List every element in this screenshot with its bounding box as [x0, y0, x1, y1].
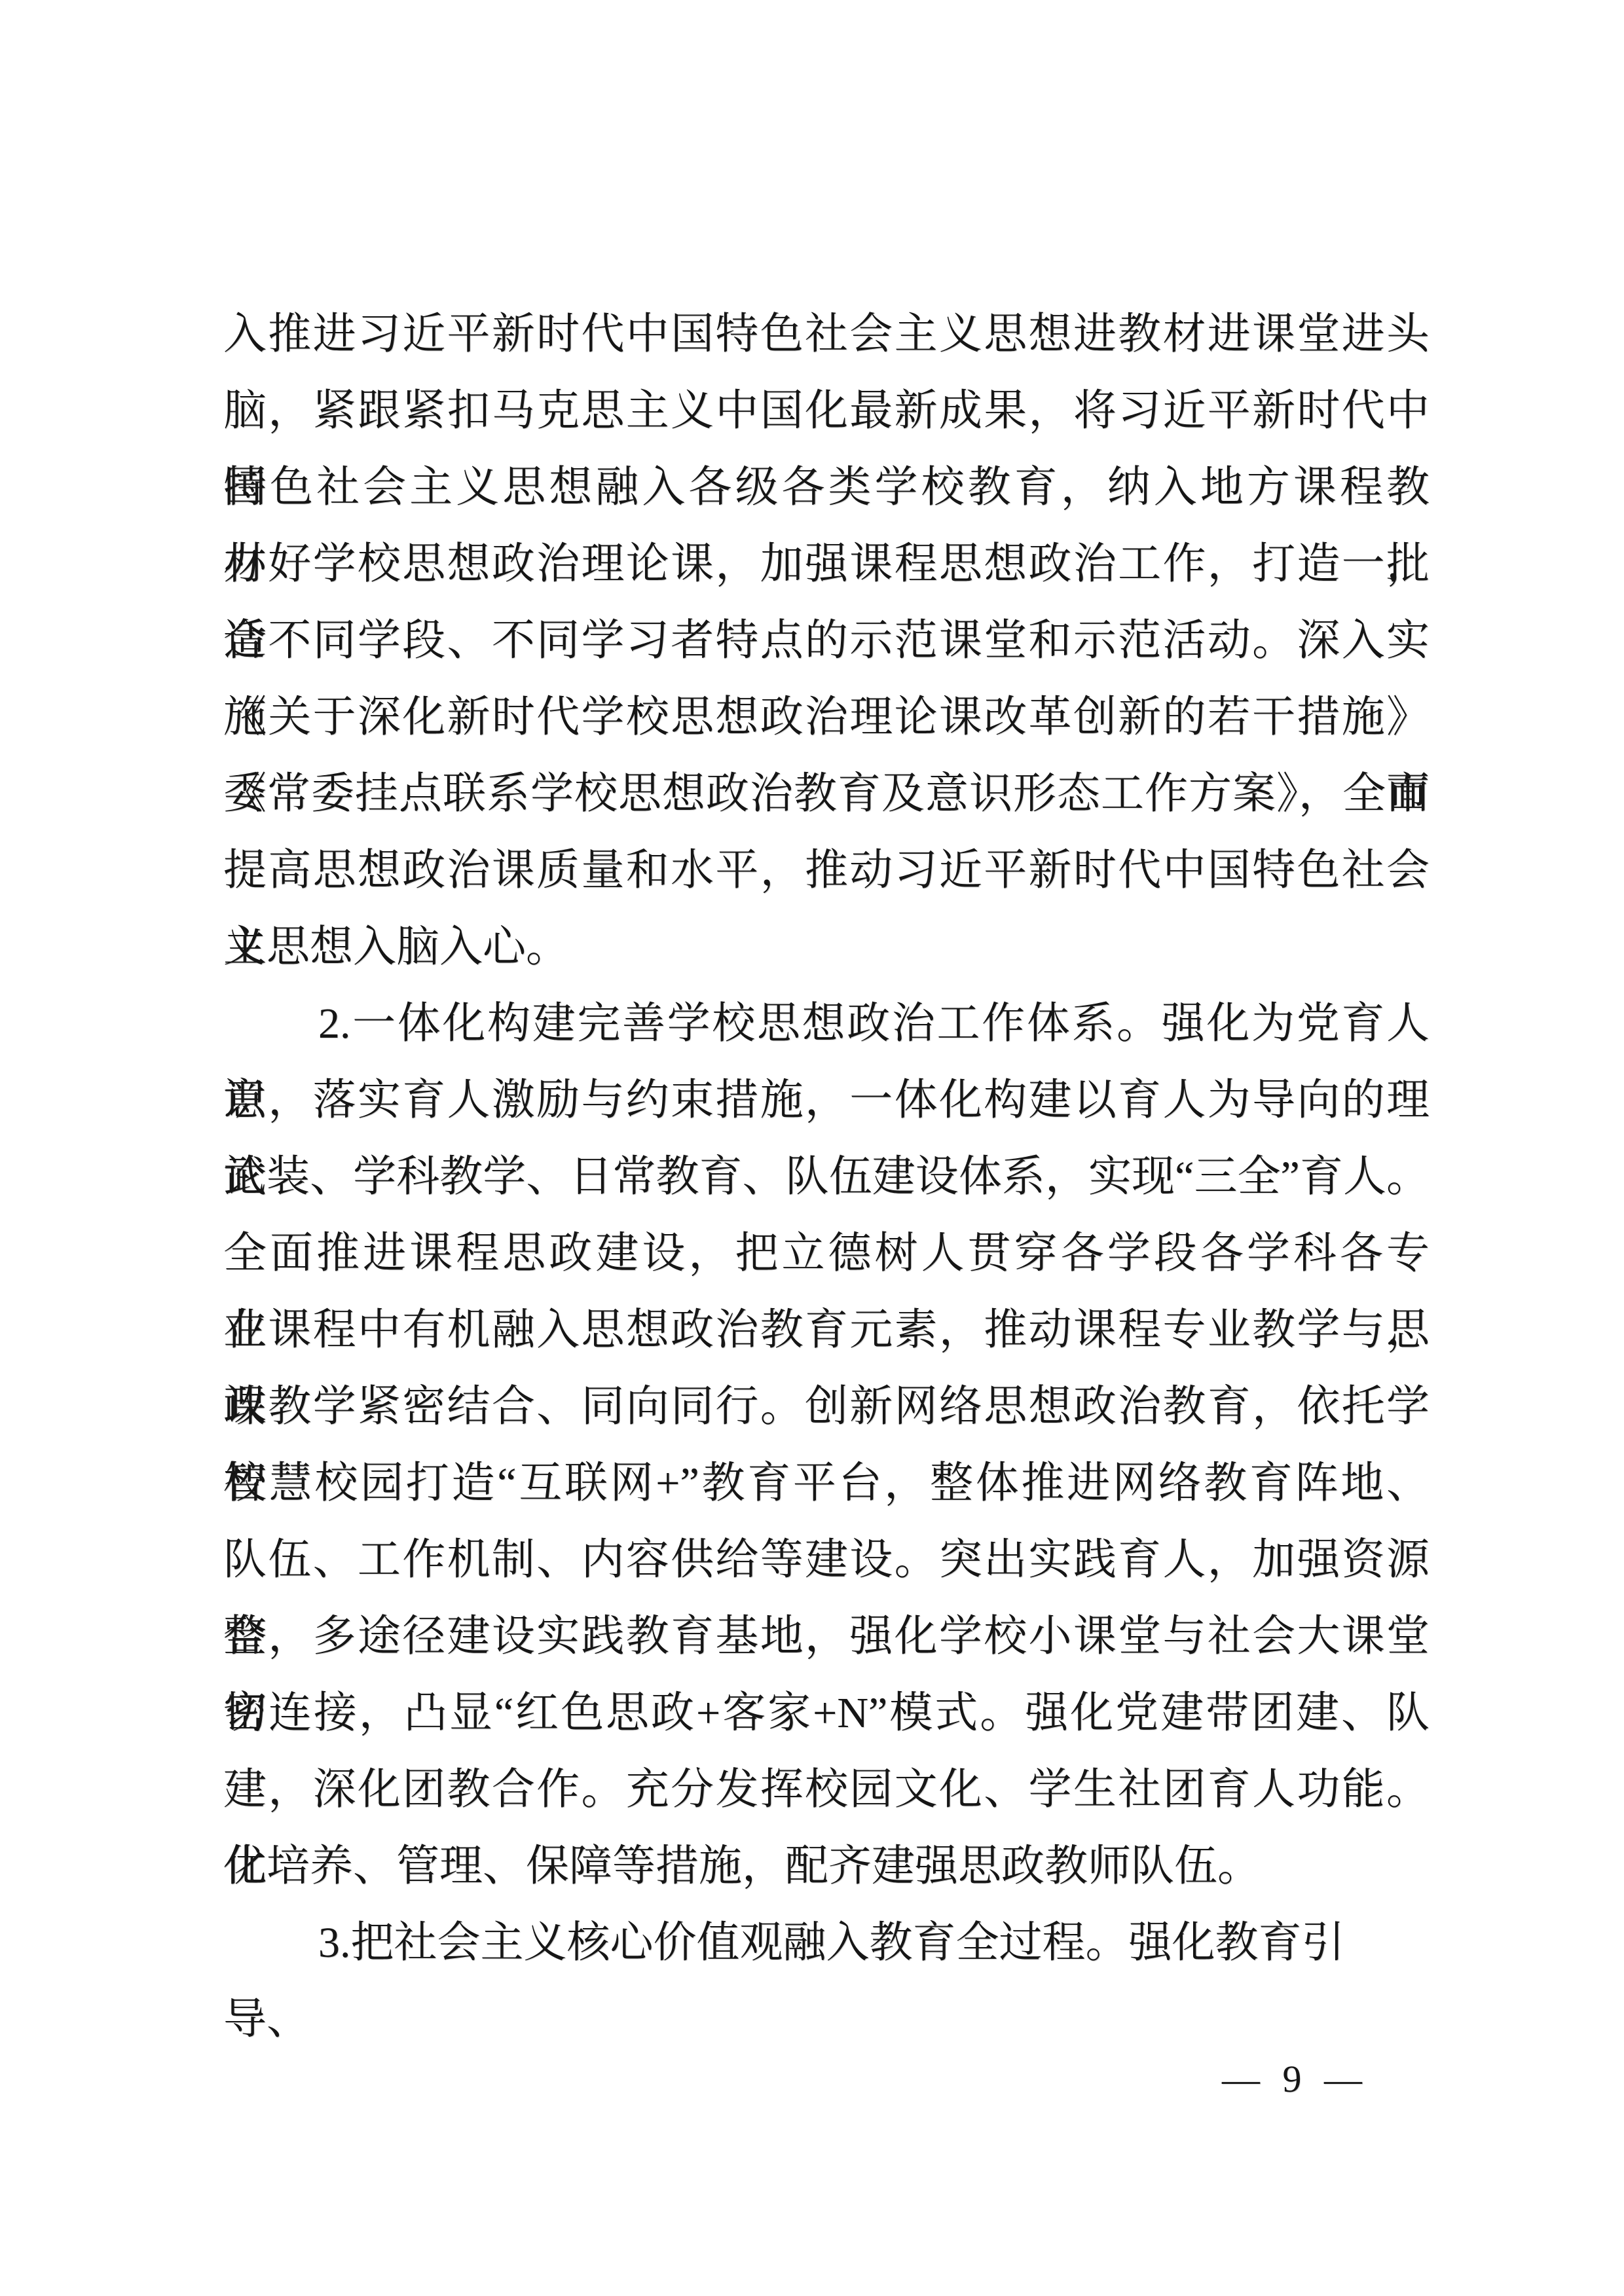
text-line: 合，多途径建设实践教育基地，强化学校小课堂与社会大课堂密	[223, 1598, 1430, 1675]
text-line-item-3-start: 3.把社会主义核心价值观融入教育全过程。强化教育引导、	[223, 1904, 1430, 1981]
text-line: 脑，紧跟紧扣马克思主义中国化最新成果，将习近平新时代中国	[223, 373, 1430, 449]
text-line-paragraph-end: 义思想入脑入心。	[223, 909, 1430, 985]
text-line: 识，落实育人激励与约束措施，一体化构建以育人为导向的理论	[223, 1062, 1430, 1139]
text-line: 武装、学科教学、日常教育、队伍建设体系，实现“三全”育人。	[223, 1139, 1430, 1215]
text-line: 提高思想政治课质量和水平，推动习近平新时代中国特色社会主	[223, 832, 1430, 909]
body-text: 入推进习近平新时代中国特色社会主义思想进教材进课堂进头 脑，紧跟紧扣马克思主义中…	[223, 296, 1430, 1981]
text-line: 队伍、工作机制、内容供给等建设。突出实践育人，加强资源整	[223, 1522, 1430, 1598]
text-line: 合不同学段、不同学习者特点的示范课堂和示范活动。深入实施	[223, 602, 1430, 679]
text-line: 课教学紧密结合、同向同行。创新网络思想政治教育，依托学校	[223, 1368, 1430, 1445]
text-line: 办好学校思想政治理论课，加强课程思想政治工作，打造一批适	[223, 526, 1430, 602]
text-line: 委常委挂点联系学校思想政治教育及意识形态工作方案》，全面	[223, 756, 1430, 832]
text-line: 建，深化团教合作。充分发挥校园文化、学生社团育人功能。优	[223, 1751, 1430, 1828]
text-line: 特色社会主义思想融入各级各类学校教育，纳入地方课程教材，	[223, 449, 1430, 526]
text-line-paragraph-end: 化培养、管理、保障等措施，配齐建强思政教师队伍。	[223, 1828, 1430, 1904]
text-line: 全面推进课程思政建设，把立德树人贯穿各学段各学科各专业，	[223, 1215, 1430, 1292]
text-line: 智慧校园打造“互联网+”教育平台，整体推进网络教育阵地、	[223, 1445, 1430, 1522]
text-line: 在课程中有机融入思想政治教育元素，推动课程专业教学与思政	[223, 1292, 1430, 1368]
text-line-item-2-start: 2.一体化构建完善学校思想政治工作体系。强化为党育人意	[223, 985, 1430, 1062]
text-line: 入推进习近平新时代中国特色社会主义思想进教材进课堂进头	[223, 296, 1430, 373]
document-page: 入推进习近平新时代中国特色社会主义思想进教材进课堂进头 脑，紧跟紧扣马克思主义中…	[0, 0, 1624, 2296]
text-line: 《关于深化新时代学校思想政治理论课改革创新的若干措施》《市	[223, 679, 1430, 756]
page-number: — 9 —	[1222, 2060, 1369, 2098]
text-line: 切连接，凸显“红色思政+客家+N”模式。强化党建带团建、队	[223, 1675, 1430, 1751]
